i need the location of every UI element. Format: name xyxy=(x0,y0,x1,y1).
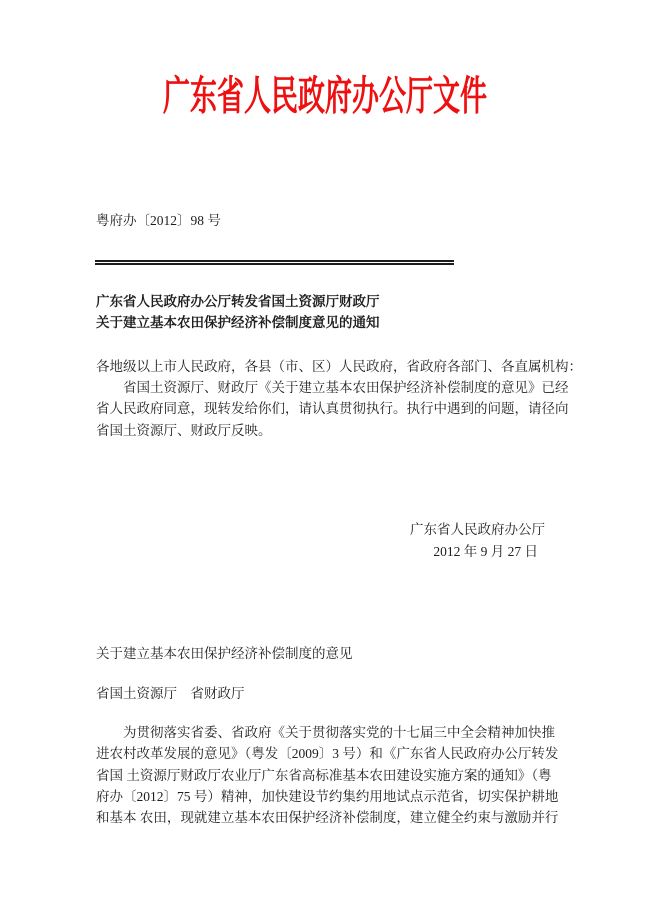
forward-heading: 广东省人民政府办公厅转发省国土资源厅财政厅 关于建立基本农田保护经济补偿制度意见… xyxy=(96,292,380,333)
attachment-paragraph-line: 和基本 农田，现就建立基本农田保护经济补偿制度，建立健全约束与激励并行 xyxy=(96,807,566,828)
attachment-paragraph-line: 省国 土资源厅财政厅农业厅广东省高标准基本农田建设实施方案的通知》（粤 xyxy=(96,765,566,786)
header-rule-divider xyxy=(95,260,454,265)
doc-number: 粤府办〔2012〕98 号 xyxy=(96,209,221,229)
salutation: 各地级以上市人民政府，各县（市、区）人民政府，省政府各部门、各直属机构： xyxy=(96,356,564,377)
attachment-authors: 省国土资源厅 省财政厅 xyxy=(96,682,245,702)
letterhead-title: 广东省人民政府办公厅文件 xyxy=(0,72,650,120)
attachment-paragraph-line: 府办〔2012〕75 号）精神，加快建设节约集约用地试点示范省，切实保护耕地 xyxy=(96,786,566,807)
forward-heading-line: 关于建立基本农田保护经济补偿制度意见的通知 xyxy=(96,313,380,334)
attachment-paragraph-line: 为贯彻落实省委、省政府《关于贯彻落实党的十七届三中全会精神加快推 xyxy=(96,722,566,743)
forward-body-line: 省人民政府同意，现转发给你们，请认真贯彻执行。执行中遇到的问题，请径向 xyxy=(96,398,564,419)
forward-body-line: 省国土资源厅、财政厅反映。 xyxy=(96,420,564,441)
forward-heading-line: 广东省人民政府办公厅转发省国土资源厅财政厅 xyxy=(96,292,380,313)
attachment-title: 关于建立基本农田保护经济补偿制度的意见 xyxy=(96,642,353,662)
forward-body-line: 省国土资源厅、财政厅《关于建立基本农田保护经济补偿制度的意见》已经 xyxy=(96,377,564,398)
document-page: 广东省人民政府办公厅文件 粤府办〔2012〕98 号 广东省人民政府办公厅转发省… xyxy=(0,0,650,919)
attachment-paragraph-line: 进农村改革发展的意见》（粤发〔2009〕3 号）和《广东省人民政府办公厅转发 xyxy=(96,743,566,764)
attachment-paragraph: 为贯彻落实省委、省政府《关于贯彻落实党的十七届三中全会精神加快推 进农村改革发展… xyxy=(96,722,566,828)
forward-body: 各地级以上市人民政府，各县（市、区）人民政府，省政府各部门、各直属机构： 省国土… xyxy=(96,356,564,441)
signature-org: 广东省人民政府办公厅 xyxy=(410,518,545,538)
signature-date: 2012 年 9 月 27 日 xyxy=(433,540,538,560)
